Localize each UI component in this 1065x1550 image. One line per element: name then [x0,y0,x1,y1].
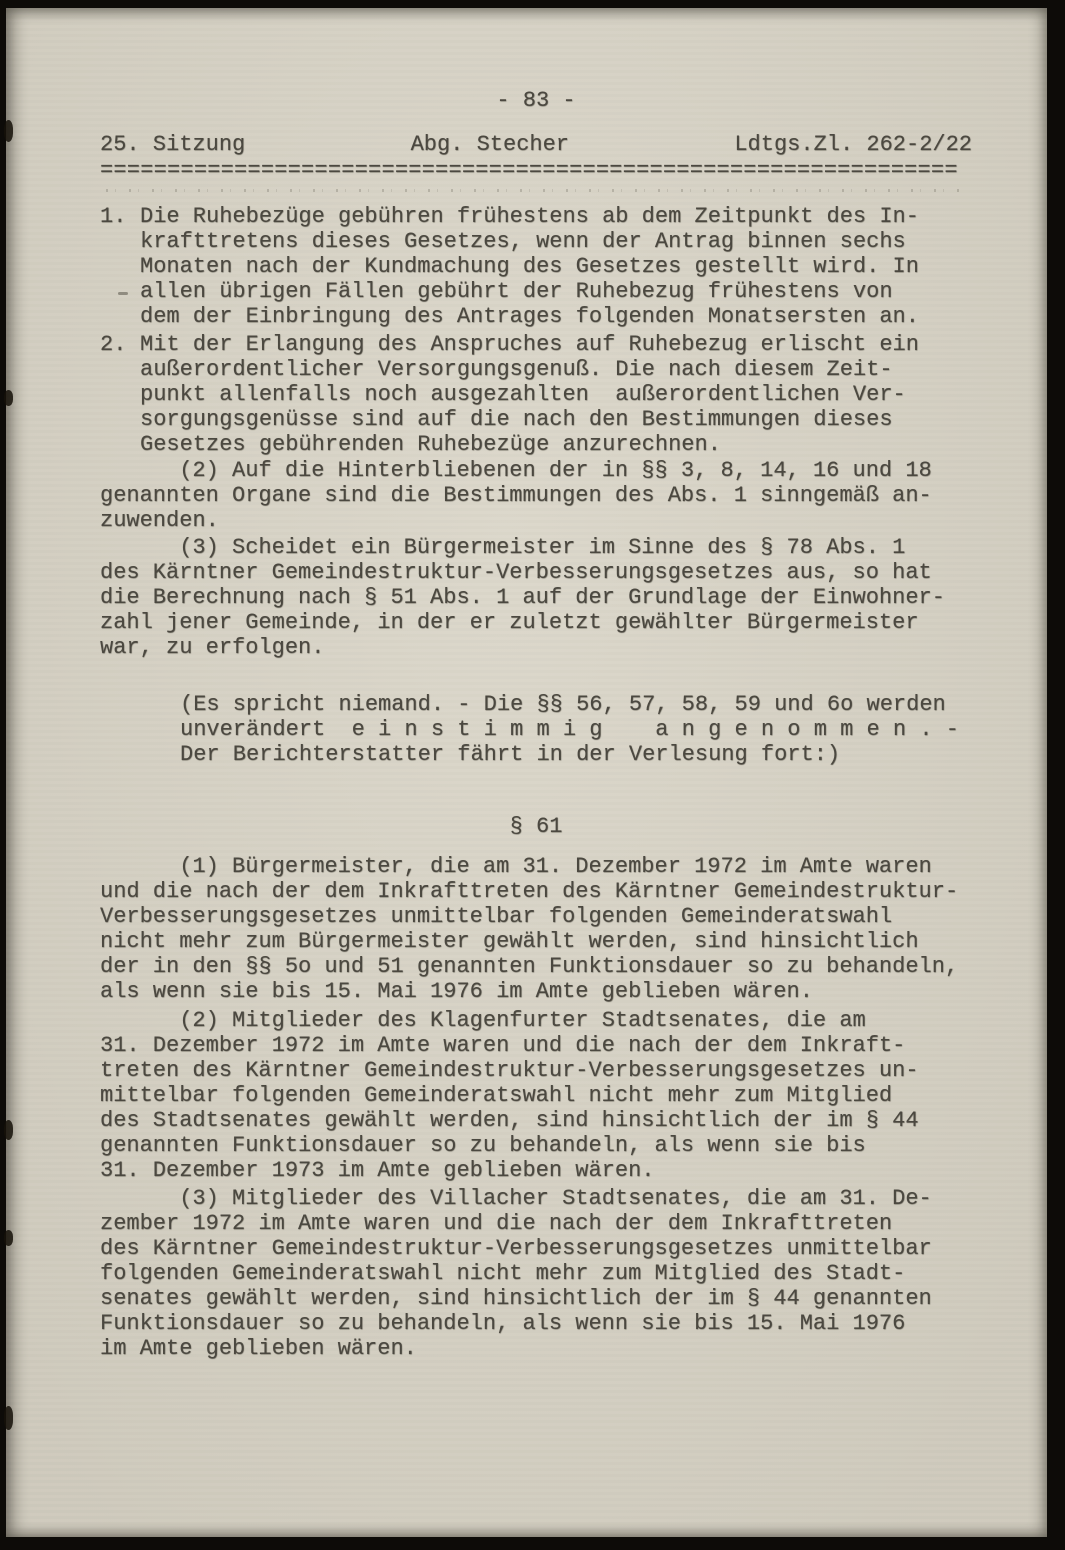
paragraph-s61-abs2: (2) Mitglieder des Klagenfurter Stadtsen… [100,1008,972,1183]
numbered-item-2: 2. Mit der Erlangung des Anspruches auf … [100,332,972,457]
paragraph-s61-abs1: (1) Bürgermeister, die am 31. Dezember 1… [100,854,972,1004]
header-speaker-label: Abg. Stecher [411,132,569,157]
paragraph-abs3: (3) Scheidet ein Bürgermeister im Sinne … [100,535,972,660]
header-reference-label: Ldtgs.Zl. 262-2/22 [734,132,972,157]
page-number: - 83 - [100,88,972,113]
scan-artifact [4,1230,13,1246]
stage-note: (Es spricht niemand. - Die §§ 56, 57, 58… [180,692,980,767]
item-2-marker: 2. [100,332,140,457]
item-1-text: Die Ruhebezüge gebühren frühestens ab de… [140,204,972,329]
header-divider-rule: ========================================… [100,158,972,180]
section-heading: § 61 [100,814,972,839]
scan-artifact [4,120,13,142]
item-2-text: Mit der Erlangung des Anspruches auf Ruh… [140,332,972,457]
scan-artifact [4,1120,13,1140]
bleed-through-dots [106,189,962,192]
scan-artifact [4,390,13,406]
paragraph-s61-abs3: (3) Mitglieder des Villacher Stadtsenate… [100,1186,972,1361]
page-header: 25. Sitzung Abg. Stecher Ldtgs.Zl. 262-2… [100,132,972,157]
paragraph-abs2: (2) Auf die Hinterbliebenen der in §§ 3,… [100,458,972,533]
scan-artifact [4,1406,13,1430]
numbered-item-1: 1. Die Ruhebezüge gebühren frühestens ab… [100,204,972,329]
header-session-label: 25. Sitzung [100,132,245,157]
scanned-page: - 83 - 25. Sitzung Abg. Stecher Ldtgs.Zl… [0,0,1065,1550]
scan-artifact [118,292,128,295]
item-1-marker: 1. [100,204,140,329]
paper-sheet: - 83 - 25. Sitzung Abg. Stecher Ldtgs.Zl… [6,8,1047,1537]
